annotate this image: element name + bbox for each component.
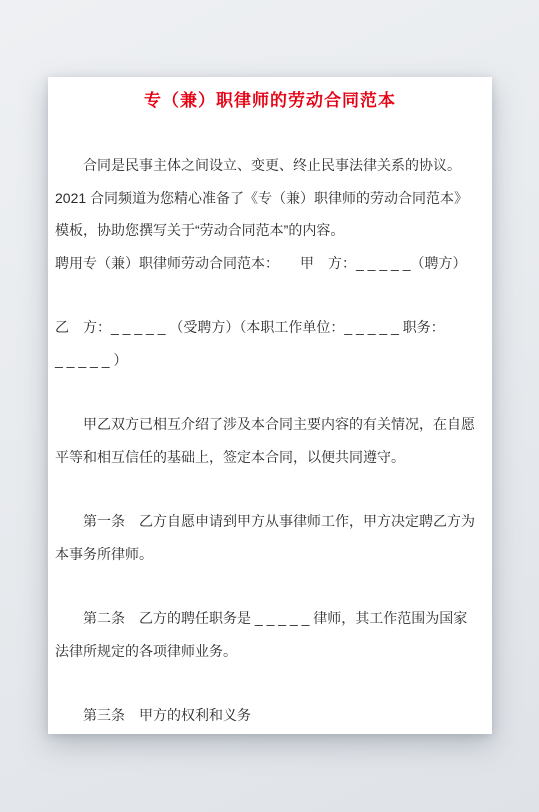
paragraph-article-3-heading: 第三条 甲方的权利和义务 <box>55 699 485 732</box>
contract-document-page: 专（兼）职律师的劳动合同范本 合同是民事主体之间设立、变更、终止民事法律关系的协… <box>48 77 492 734</box>
document-body: 合同是民事主体之间设立、变更、终止民事法律关系的协议。 2021 合同频道为您精… <box>55 149 485 732</box>
document-preview-canvas: 专（兼）职律师的劳动合同范本 合同是民事主体之间设立、变更、终止民事法律关系的协… <box>0 0 539 812</box>
paragraph-party-b: 乙 方：_ _ _ _ _ （受聘方）（本职工作单位：_ _ _ _ _ 职务：… <box>55 311 485 376</box>
paragraph-article-2: 第二条 乙方的聘任职务是 _ _ _ _ _ 律师，其工作范围为国家 法律所规定… <box>55 602 485 667</box>
paragraph-mutual-agreement: 甲乙双方已相互介绍了涉及本合同主要内容的有关情况，在自愿 平等和相互信任的基础上… <box>55 408 485 473</box>
paragraph-article-1: 第一条 乙方自愿申请到甲方从事律师工作，甲方决定聘乙方为 本事务所律师。 <box>55 505 485 570</box>
paragraph-intro-and-party-a: 合同是民事主体之间设立、变更、终止民事法律关系的协议。 2021 合同频道为您精… <box>55 149 485 279</box>
document-title: 专（兼）职律师的劳动合同范本 <box>55 85 485 117</box>
